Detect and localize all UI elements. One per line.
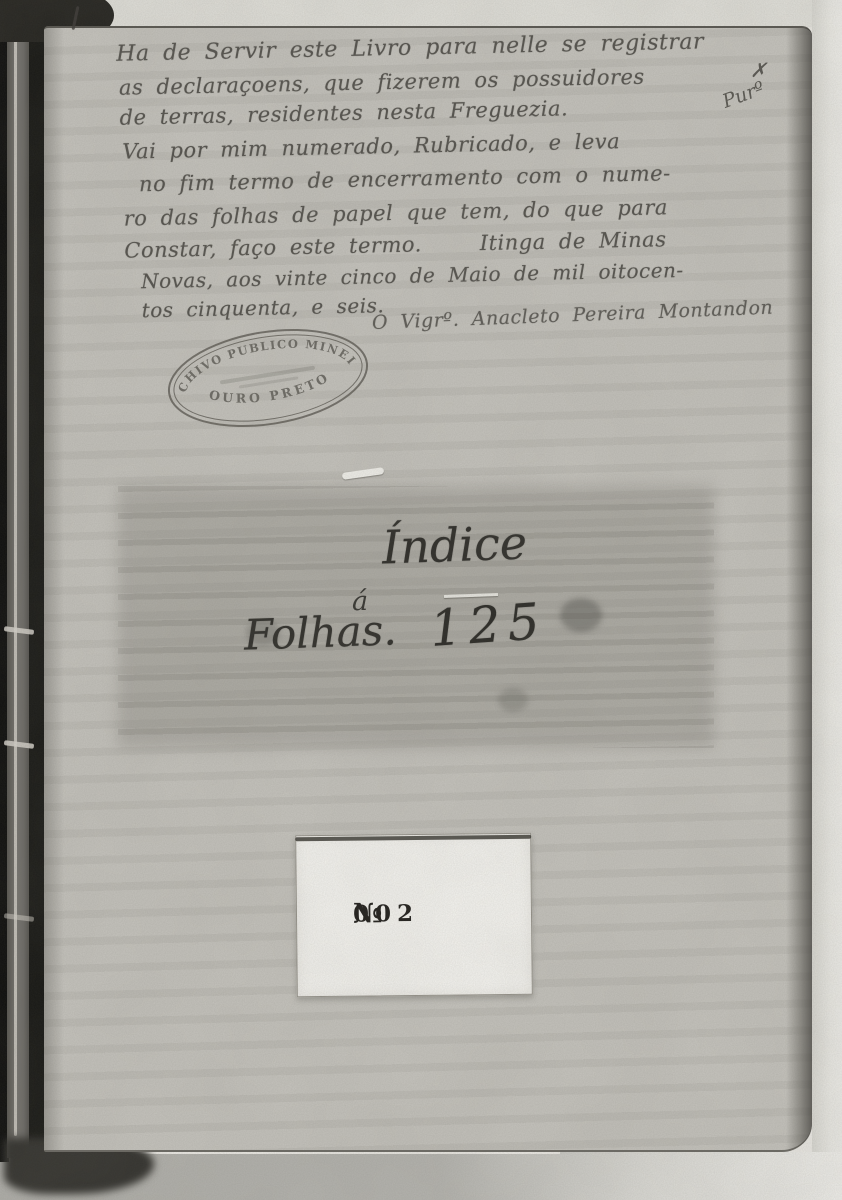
title-indice: Índice bbox=[381, 515, 528, 574]
opening-term-text: Ha de Servir este Livro para nelle se re… bbox=[104, 25, 811, 360]
handwritten-line: Constar, faço este termo.Itinga de Minas bbox=[124, 227, 667, 262]
label-text-row: № 002 bbox=[297, 892, 531, 934]
folio-count-number: 125 bbox=[428, 592, 548, 658]
handwritten-place-name: Itinga de Minas bbox=[480, 227, 667, 255]
backdrop-top-band bbox=[36, 0, 842, 27]
handwritten-line: Novas, aos vinte cinco de Maio de mil oi… bbox=[141, 258, 684, 293]
title-folhas: Folhas. bbox=[243, 605, 397, 659]
scanned-manuscript-page: Ha de Servir este Livro para nelle se re… bbox=[0, 0, 842, 1200]
vicar-signature: O Vigrº. Anacleto Pereira Montandon bbox=[372, 297, 774, 334]
handwritten-line: Vai por mim numerado, Rubricado, e leva bbox=[122, 129, 620, 163]
catalogue-number: 002 bbox=[353, 899, 419, 927]
ink-smudge bbox=[560, 598, 602, 632]
pasted-number-label: № 002 bbox=[295, 833, 533, 997]
spine-crease-highlight bbox=[14, 36, 17, 1136]
handwritten-line-part: Constar, faço este termo. bbox=[124, 232, 422, 262]
handwritten-line: ro das folhas de papel que tem, do que p… bbox=[123, 195, 668, 230]
page-fore-edge-strip bbox=[812, 0, 842, 1200]
gutter-shadow bbox=[44, 28, 64, 1150]
handwritten-line: as declaraçoens, que fizerem os possuido… bbox=[119, 65, 645, 100]
ink-smudge bbox=[498, 688, 528, 712]
handwritten-line: de terras, residentes nesta Freguezia. bbox=[119, 96, 568, 129]
handwritten-line: no fim termo de encerramento com o nume- bbox=[139, 161, 671, 196]
book-spine-leather bbox=[7, 0, 31, 1158]
